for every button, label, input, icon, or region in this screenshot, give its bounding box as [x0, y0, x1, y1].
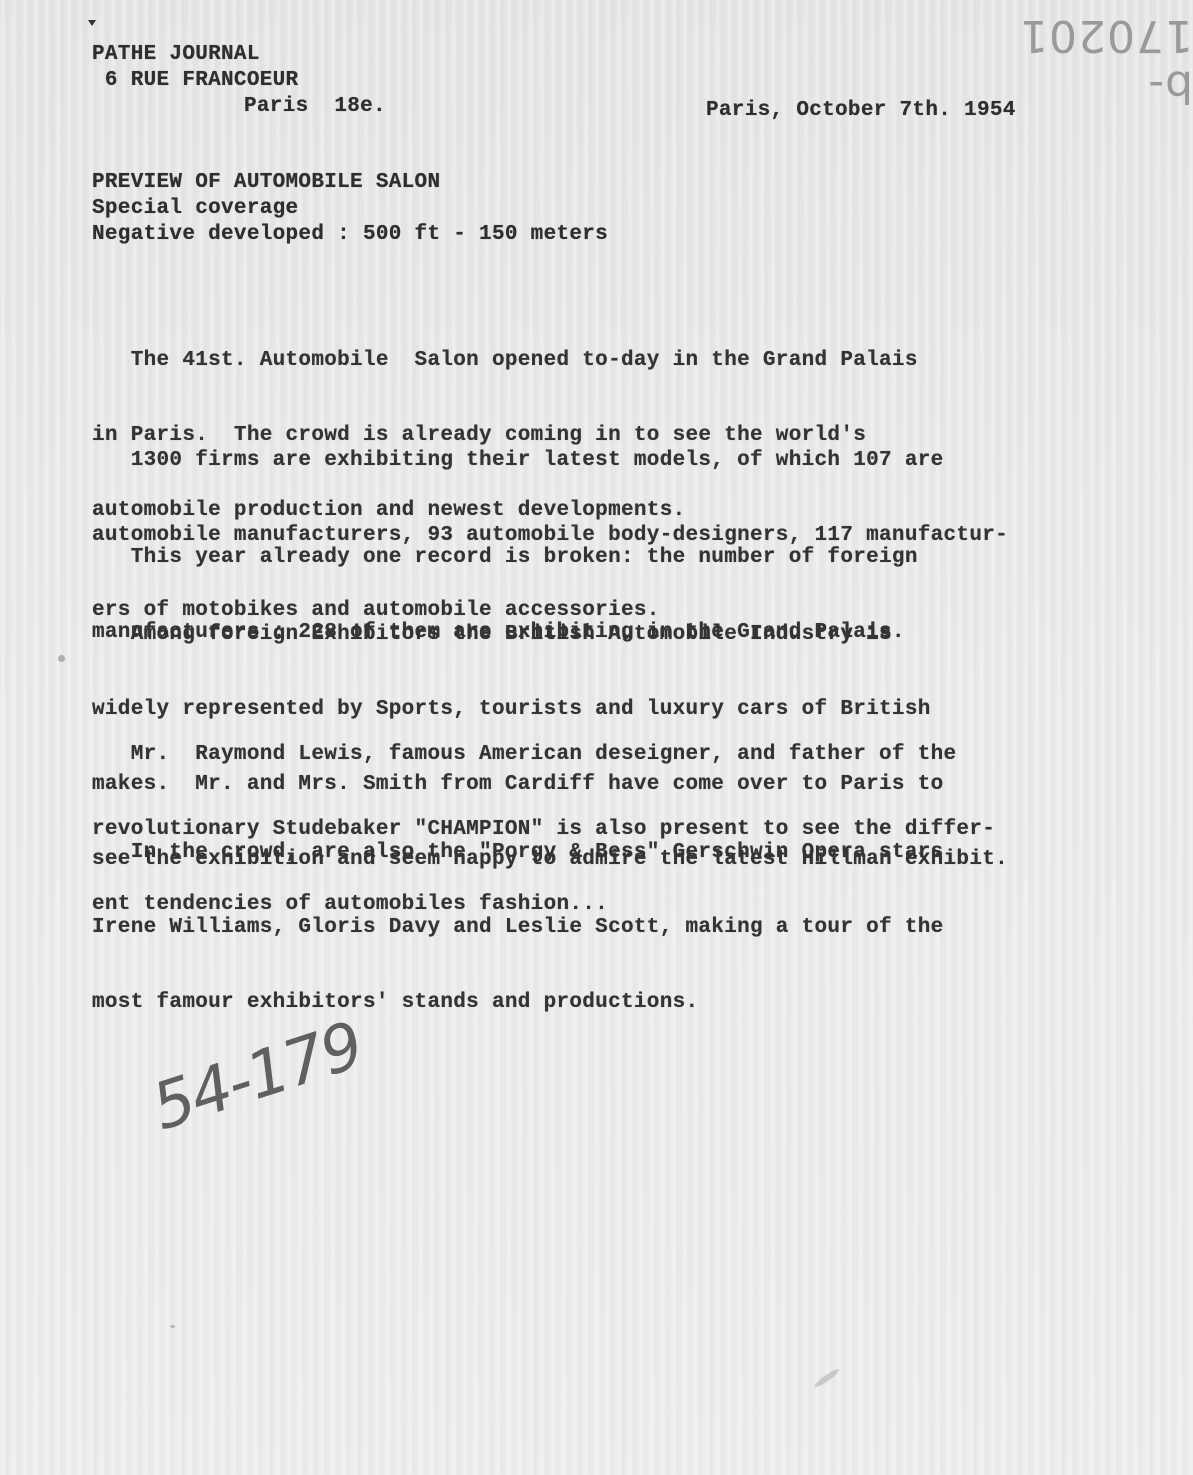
paragraph-line: In the crowd, are also the "Porgy & Bess…: [92, 840, 1162, 865]
ink-smudge: [58, 655, 65, 662]
paragraph-6: In the crowd, are also the "Porgy & Bess…: [92, 790, 1162, 1040]
archive-number: b-170201: [985, 10, 1193, 112]
paragraph-line: Mr. Raymond Lewis, famous American desei…: [92, 742, 1162, 767]
ink-smudge: [170, 1325, 175, 1328]
paragraph-line: Among foreign Exhibitors the British Aut…: [92, 622, 1162, 647]
letterhead-name: PATHE JOURNAL: [92, 42, 260, 67]
paragraph-line: 1300 firms are exhibiting their latest m…: [92, 448, 1162, 473]
paragraph-line: This year already one record is broken: …: [92, 545, 1162, 570]
paragraph-line: most famour exhibitors' stands and produ…: [92, 990, 1162, 1015]
tick-mark-icon: [88, 20, 96, 26]
subject-subtitle: Special coverage: [92, 196, 298, 221]
paragraph-line: Irene Williams, Gloris Davy and Leslie S…: [92, 915, 1162, 940]
subject-negative: Negative developed : 500 ft - 150 meters: [92, 222, 608, 247]
letterhead-city: Paris 18e.: [244, 94, 386, 119]
paragraph-line: The 41st. Automobile Salon opened to-day…: [92, 348, 1162, 373]
date-line: Paris, October 7th. 1954: [706, 98, 1016, 123]
subject-title: PREVIEW OF AUTOMOBILE SALON: [92, 170, 440, 195]
letterhead-address: 6 RUE FRANCOEUR: [92, 68, 298, 93]
